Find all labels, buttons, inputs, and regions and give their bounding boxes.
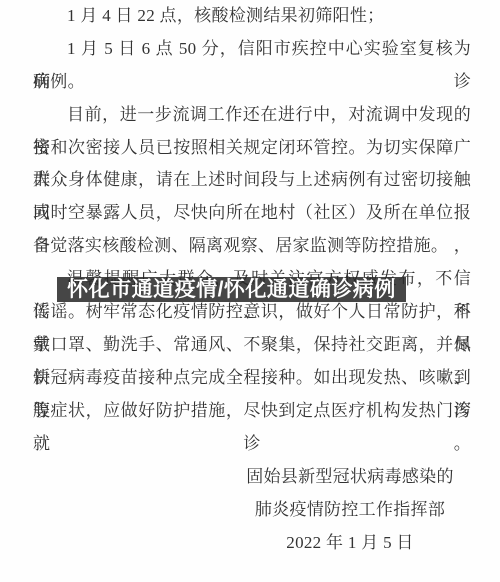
document-line: 新冠病毒疫苗接种点完成全程接种。如出现发热、咳嗽、腹泻: [33, 362, 471, 395]
document-line: 等症状，应做好防护措施，尽快到定点医疗机构发热门诊就诊。: [33, 395, 471, 428]
signature-org-line-1: 固始县新型冠状病毒感染的: [245, 460, 455, 493]
headline-banner-overlay: 怀化市通道疫情/怀化通道确诊病例: [57, 277, 406, 302]
signature-date: 2022 年 1 月 5 日: [245, 526, 455, 559]
notice-document-page: 1 月 4 日 22 点，核酸检测结果初筛阳性； 1 月 5 日 6 点 50 …: [0, 0, 500, 582]
document-line: 目前，进一步流调工作还在进行中，对流调中发现的密: [33, 99, 471, 132]
document-line: 群众身体健康，请在上述时间段与上述病例有过密切接触或: [33, 164, 471, 197]
notice-body-text: 1 月 4 日 22 点，核酸检测结果初筛阳性； 1 月 5 日 6 点 50 …: [33, 0, 471, 428]
document-line: 1 月 4 日 22 点，核酸检测结果初筛阳性；: [33, 0, 471, 33]
document-line: 自觉落实核酸检测、隔离观察、居家监测等防控措施。: [33, 230, 471, 263]
document-line: 接和次密接人员已按照相关规定闭环管控。为切实保障广大: [33, 132, 471, 165]
document-line: 戴口罩、勤洗手、常通风、不聚集，保持社交距离，并尽快到: [33, 329, 471, 362]
signature-block: 固始县新型冠状病毒感染的 肺炎疫情防控工作指挥部 2022 年 1 月 5 日: [245, 460, 455, 559]
document-line: 1 月 5 日 6 点 50 分，信阳市疾控中心实验室复核为确诊: [33, 33, 471, 66]
signature-org-line-2: 肺炎疫情防控工作指挥部: [245, 493, 455, 526]
document-line: 同时空暴露人员，尽快向所在地村（社区）及所在单位报备，: [33, 197, 471, 230]
headline-banner-title: 怀化市通道疫情/怀化通道确诊病例: [67, 277, 396, 302]
